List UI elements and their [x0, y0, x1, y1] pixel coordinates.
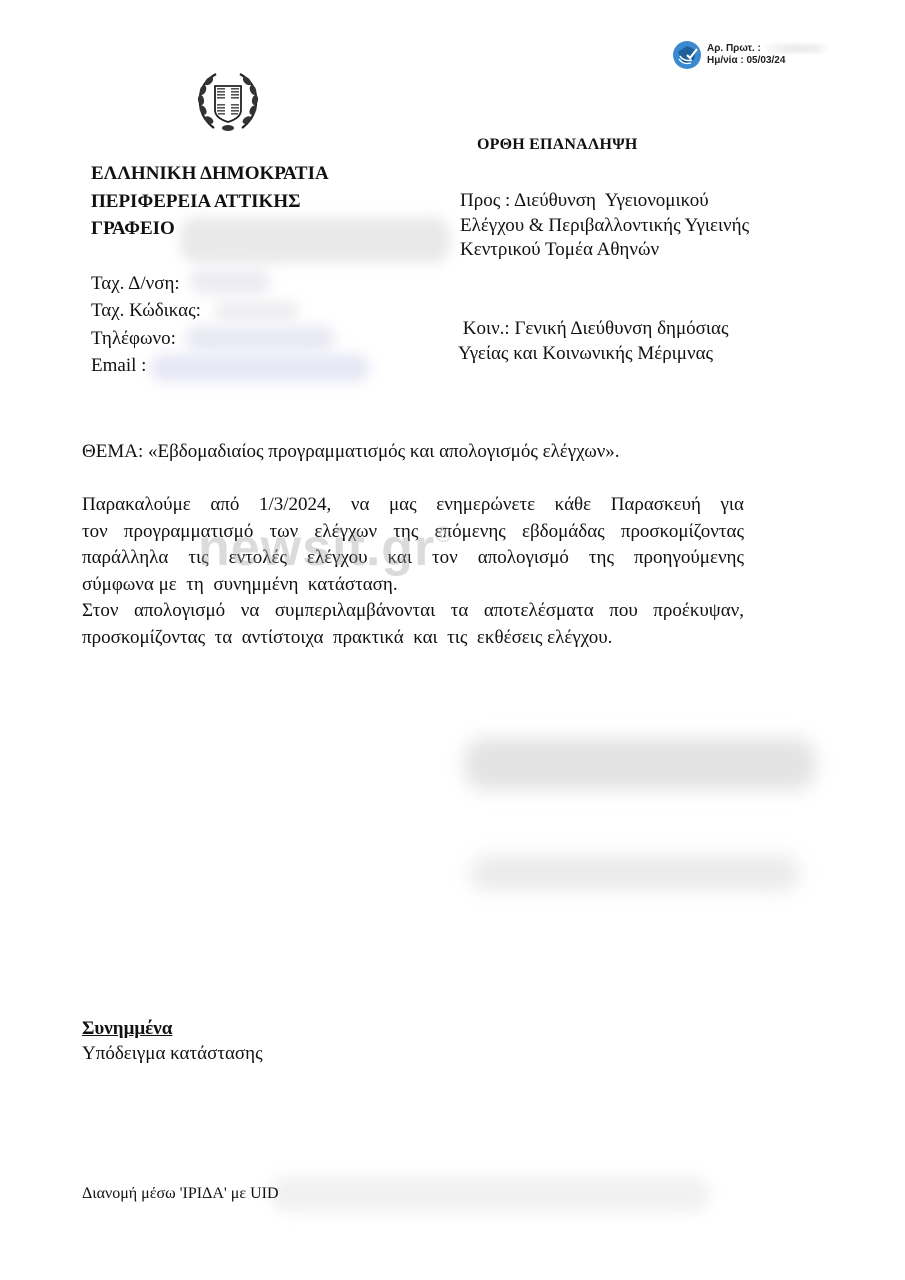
phone-label: Τηλέφωνο:	[91, 325, 201, 352]
redacted-uid	[270, 1176, 710, 1212]
protocol-stamp: Αρ. Πρωτ. : Ημ/νία : 05/03/24	[672, 40, 827, 70]
cc-block: Κοιν.: Γενική Διεύθυνση δημόσιας Υγείας …	[458, 316, 728, 366]
redacted-signature-name	[465, 738, 815, 790]
protocol-date: Ημ/νία : 05/03/24	[707, 55, 827, 67]
zip-label: Ταχ. Κώδικας:	[91, 297, 201, 324]
contact-details: Ταχ. Δ/νση: Ταχ. Κώδικας: Τηλέφωνο: Emai…	[91, 270, 201, 379]
authority-line: ΕΛΛΗΝΙΚΗ ΔΗΜΟΚΡΑΤΙΑ	[91, 160, 329, 188]
body-line: σύμφωνα με τη συνημμένη κατάσταση.	[82, 572, 744, 599]
body-paragraph-1: Παρακαλούμε από 1/3/2024, να μας ενημερώ…	[82, 492, 744, 598]
attachments-title: Συνημμένα	[82, 1018, 172, 1040]
body-line: παράλληλα τις εντολές ελέγχου και τον απ…	[82, 545, 744, 572]
cc-line: Κοιν.: Γενική Διεύθυνση δημόσιας	[458, 316, 728, 341]
letter-body: Παρακαλούμε από 1/3/2024, να μας ενημερώ…	[82, 492, 744, 651]
address-label: Ταχ. Δ/νση:	[91, 270, 201, 297]
recipient-line: Κεντρικού Τομέα Αθηνών	[460, 238, 749, 263]
recipient-line: Ελέγχου & Περιβαλλοντικής Υγιεινής	[460, 214, 749, 239]
redacted-address	[190, 268, 270, 294]
authority-line: ΓΡΑΦΕΙΟ	[91, 215, 329, 243]
protocol-number-label: Αρ. Πρωτ. :	[707, 43, 761, 54]
body-line: Παρακαλούμε από 1/3/2024, να μας ενημερώ…	[82, 492, 744, 519]
recipient-line: Προς : Διεύθυνση Υγειονομικού	[460, 189, 749, 214]
redacted-phone	[185, 326, 335, 352]
redacted-protocol-number	[765, 44, 827, 53]
greek-coat-of-arms-icon	[192, 66, 264, 138]
body-line: Στον απολογισμό να συμπεριλαμβάνονται τα…	[82, 598, 744, 625]
correction-label: ΟΡΘΗ ΕΠΑΝΑΛΗΨΗ	[477, 136, 638, 154]
cc-line: Υγείας και Κοινωνικής Μέριμνας	[458, 341, 728, 366]
redacted-signature-title	[470, 855, 800, 891]
distribution-note: Διανομή μέσω 'ΙΡΙΔΑ' με UID	[82, 1185, 279, 1203]
body-line: τον προγραμματισμό των ελέγχων της επόμε…	[82, 519, 744, 546]
body-paragraph-2: Στον απολογισμό να συμπεριλαμβάνονται τα…	[82, 598, 744, 651]
redacted-zip	[214, 300, 299, 322]
subject-line: ΘΕΜΑ: «Εβδομαδιαίος προγραμματισμός και …	[82, 441, 620, 463]
email-label: Email :	[91, 352, 201, 379]
authority-line: ΠΕΡΙΦΕΡΕΙΑ ΑΤΤΙΚΗΣ	[91, 188, 329, 216]
recipient-block: Προς : Διεύθυνση Υγειονομικού Ελέγχου & …	[460, 189, 749, 263]
attachment-item: Υπόδειγμα κατάστασης	[82, 1043, 263, 1065]
issuing-authority: ΕΛΛΗΝΙΚΗ ΔΗΜΟΚΡΑΤΙΑ ΠΕΡΙΦΕΡΕΙΑ ΑΤΤΙΚΗΣ Γ…	[91, 160, 329, 243]
protocol-number-row: Αρ. Πρωτ. :	[707, 43, 827, 55]
body-line: προσκομίζοντας τα αντίστοιχα πρακτικά κα…	[82, 625, 744, 652]
protocol-stamp-icon	[672, 40, 702, 70]
